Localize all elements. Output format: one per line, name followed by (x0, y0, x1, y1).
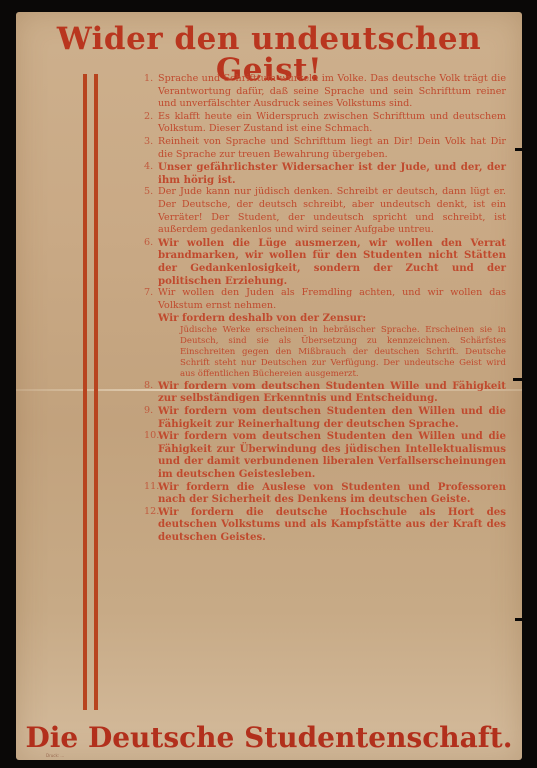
thesis-text: Reinheit von Sprache und Schrifttum lieg… (158, 136, 506, 161)
thesis-number: 5. (144, 186, 158, 236)
vertical-red-rule-right (94, 74, 98, 710)
thesis-text: Wir fordern vom deutschen Studenten den … (158, 430, 506, 480)
thesis-item: 4.Unser gefährlichster Widersacher ist d… (144, 161, 506, 186)
thesis-item: 10.Wir fordern vom deutschen Studenten d… (144, 430, 506, 480)
printer-imprint: Druck: ... (46, 753, 64, 758)
thesis-item: 8.Wir fordern vom deutschen Studenten Wi… (144, 380, 506, 405)
thesis-number: 1. (144, 73, 158, 111)
thesis-text: Wir fordern deshalb von der Zensur: (158, 312, 506, 325)
thesis-item: 5.Der Jude kann nur jüdisch denken. Schr… (144, 186, 506, 236)
edge-tear (515, 618, 537, 621)
vertical-red-rule-left (83, 74, 87, 710)
thesis-number: 10. (144, 430, 158, 480)
poster-sheet: Wider den undeutschen Geist! 1.Sprache u… (16, 12, 522, 760)
thesis-item: 3.Reinheit von Sprache und Schrifttum li… (144, 136, 506, 161)
thesis-number: 8. (144, 380, 158, 405)
thesis-item: 7.Wir wollen den Juden als Fremdling ach… (144, 287, 506, 312)
thesis-text: Wir wollen die Lüge ausmerzen, wir wolle… (158, 237, 506, 287)
thesis-text: Wir fordern vom deutschen Studenten den … (158, 405, 506, 430)
edge-tear (523, 212, 537, 215)
thesis-number: 11. (144, 481, 158, 506)
thesis-text: Es klafft heute ein Widerspruch zwischen… (158, 111, 506, 136)
thesis-number: 3. (144, 136, 158, 161)
thesis-text: Jüdische Werke erscheinen in hebräischer… (180, 325, 506, 380)
thesis-item: Jüdische Werke erscheinen in hebräischer… (180, 325, 506, 380)
thesis-number: 4. (144, 161, 158, 186)
thesis-item: 9.Wir fordern vom deutschen Studenten de… (144, 405, 506, 430)
thesis-text: Wir fordern vom deutschen Studenten Will… (158, 380, 506, 405)
thesis-number: 9. (144, 405, 158, 430)
thesis-number: 2. (144, 111, 158, 136)
poster-signature: Die Deutsche Studentenschaft. (16, 724, 522, 752)
thesis-item: 2.Es klafft heute ein Widerspruch zwisch… (144, 111, 506, 136)
thesis-item: 1.Sprache und Schrifttum wurzeln im Volk… (144, 73, 506, 111)
thesis-text: Der Jude kann nur jüdisch denken. Schrei… (158, 186, 506, 236)
thesis-text: Wir fordern die Auslese von Studenten un… (158, 481, 506, 506)
thesis-text: Wir wollen den Juden als Fremdling achte… (158, 287, 506, 312)
thesis-text: Unser gefährlichster Widersacher ist der… (158, 161, 506, 186)
thesis-item: Wir fordern deshalb von der Zensur: (144, 312, 506, 325)
thesis-number: 6. (144, 237, 158, 287)
theses-list: 1.Sprache und Schrifttum wurzeln im Volk… (144, 73, 506, 544)
thesis-item: 11.Wir fordern die Auslese von Studenten… (144, 481, 506, 506)
thesis-number: 7. (144, 287, 158, 312)
thesis-text: Wir fordern die deutsche Hochschule als … (158, 506, 506, 544)
edge-tear (515, 148, 537, 151)
thesis-number: 12. (144, 506, 158, 544)
thesis-number (144, 312, 158, 325)
thesis-item: 6.Wir wollen die Lüge ausmerzen, wir wol… (144, 237, 506, 287)
edge-tear (513, 378, 537, 381)
thesis-item: 12.Wir fordern die deutsche Hochschule a… (144, 506, 506, 544)
thesis-text: Sprache und Schrifttum wurzeln im Volke.… (158, 73, 506, 111)
